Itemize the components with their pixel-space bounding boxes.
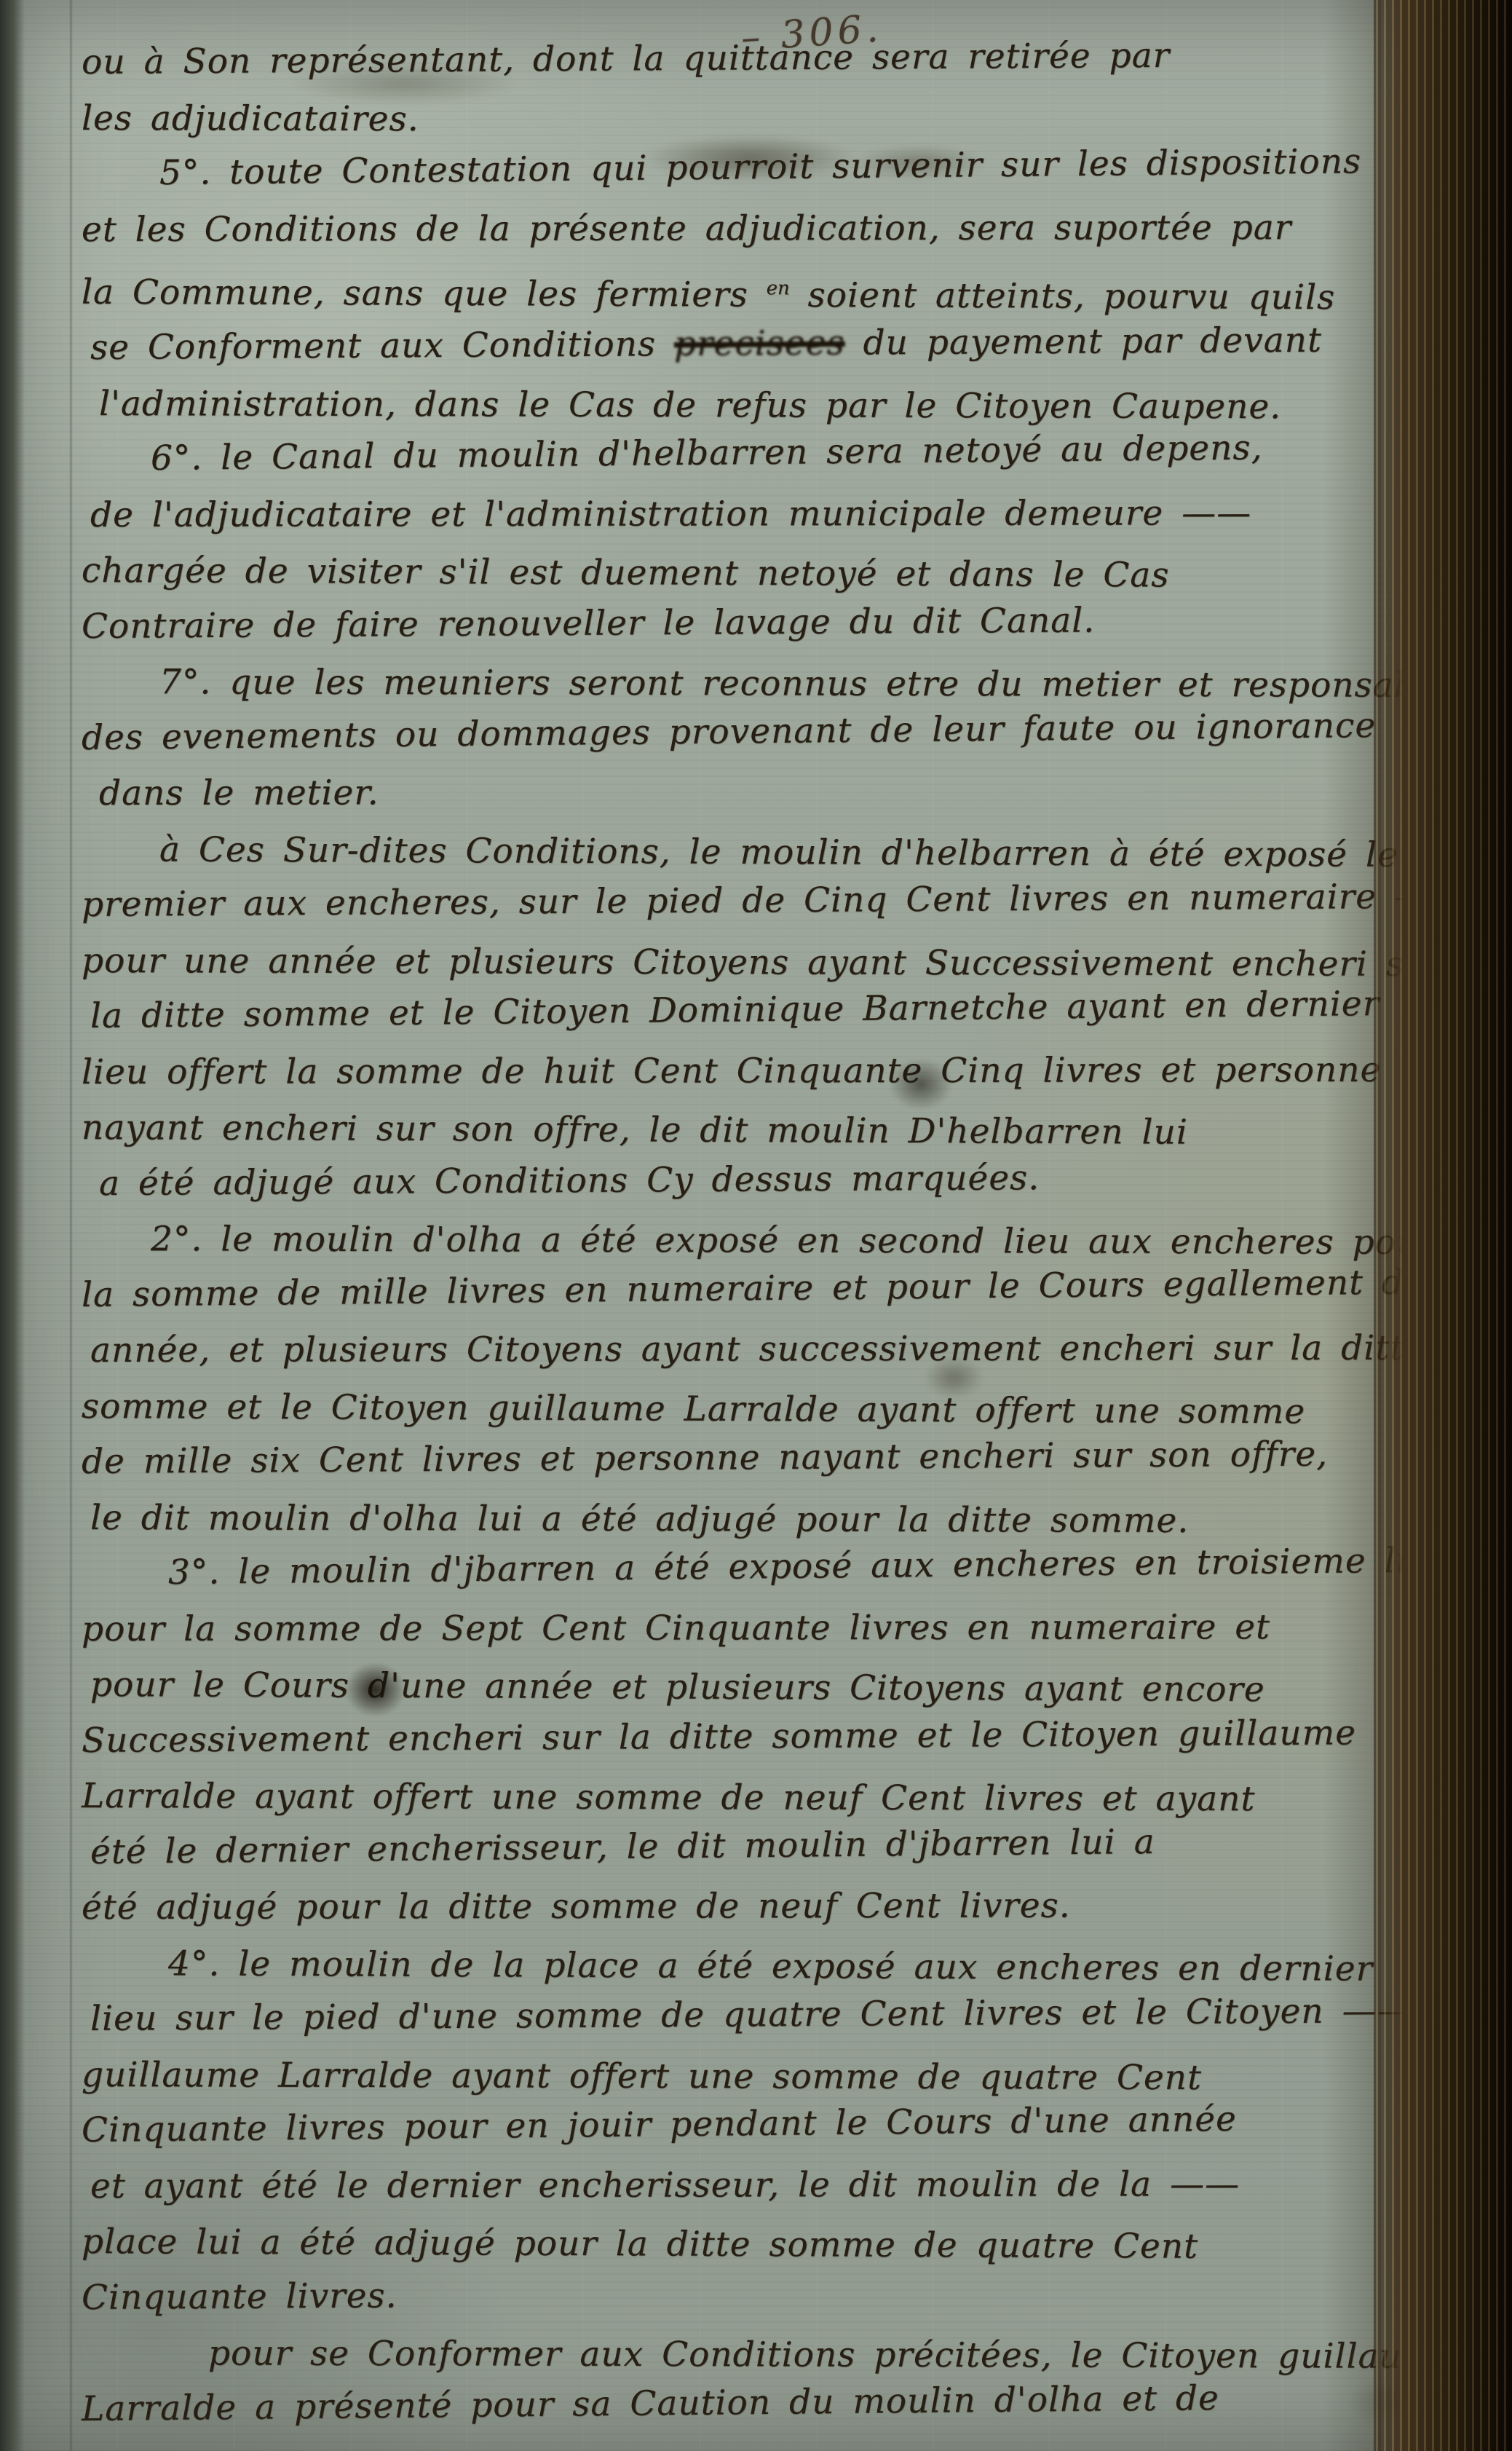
- line-text: Larralde a présenté pour sa Caution du m…: [82, 2378, 1219, 2429]
- manuscript-line: lieu sur le pied d'une somme de quatre C…: [90, 1984, 1363, 2047]
- manuscript-line: année, et plusieurs Citoyens ayant succe…: [90, 1321, 1363, 1379]
- manuscript-line: pour la somme de Sept Cent Cinquante liv…: [82, 1600, 1363, 1658]
- line-text: et les Conditions de la présente adjudic…: [82, 208, 1291, 250]
- line-text: 4°. le moulin de la place a été exposé a…: [168, 1943, 1373, 1989]
- manuscript-line: de mille six Cent livres et personne nay…: [82, 1426, 1363, 1490]
- manuscript-line: se Conforment aux Conditions precisees d…: [90, 312, 1363, 376]
- manuscript-text: ou à Son représentant, dont la quittance…: [82, 35, 1363, 2437]
- line-text: pour le Cours d'une année et plusieurs C…: [90, 1665, 1265, 1710]
- line-text: a été adjugé aux Conditions Cy dessus ma…: [99, 1158, 1040, 1204]
- line-text: les adjudicataires.: [82, 98, 419, 139]
- manuscript-line: 3°. le moulin d'jbarren a été exposé aux…: [99, 1534, 1363, 1601]
- manuscript-line: des evenements ou dommages provenant de …: [82, 698, 1363, 766]
- line-text: chargée de visiter s'il est duement neto…: [82, 550, 1170, 596]
- line-text: lieu offert la somme de huit Cent Cinqua…: [82, 1050, 1381, 1092]
- line-text: 5°. toute Contestation qui pourroit surv…: [159, 141, 1362, 193]
- line-text: Cinquante livres pour en jouir pendant l…: [82, 2099, 1237, 2150]
- page-left-edge: [0, 0, 25, 2451]
- line-text: somme et le Citoyen guillaume Larralde a…: [82, 1386, 1305, 1432]
- manuscript-line: Successivement encheri sur la ditte somm…: [82, 1705, 1363, 1769]
- line-text: des evenements ou dommages provenant de …: [82, 706, 1377, 758]
- line-text: été adjugé pour la ditte somme de neuf C…: [82, 1886, 1071, 1927]
- line-text: le dit moulin d'olha lui a été adjugé po…: [90, 1498, 1189, 1541]
- manuscript-line: été le dernier encherisseur, le dit moul…: [90, 1812, 1363, 1880]
- manuscript-line: 6°. le Canal du moulin d'helbarren sera …: [82, 419, 1363, 487]
- manuscript-line: dans le metier.: [99, 764, 1363, 822]
- manuscript-line: Contraire de faire renouveller le lavage…: [82, 591, 1363, 655]
- book-binding-edge: [1374, 0, 1512, 2451]
- line-text: 3°. le moulin d'jbarren a été exposé aux…: [168, 1540, 1452, 1592]
- line-text: Larralde ayant offert une somme de neuf …: [82, 1776, 1255, 1819]
- line-text: lieu sur le pied d'une somme de quatre C…: [90, 1991, 1412, 2039]
- manuscript-line: été adjugé pour la ditte somme de neuf C…: [82, 1878, 1363, 1936]
- struck-word: precisees: [674, 323, 845, 364]
- manuscript-line: la ditte somme et le Citoyen Dominique B…: [90, 976, 1363, 1044]
- line-text: l'administration, dans le Cas de refus p…: [99, 384, 1281, 427]
- line-text: à Ces Sur-dites Conditions, le moulin d'…: [159, 829, 1487, 875]
- line-text: soient atteints, pourvu quils: [790, 275, 1336, 317]
- margin-rule-line: [70, 0, 72, 2451]
- manuscript-line: Cinquante livres.: [82, 2262, 1363, 2326]
- manuscript-line: a été adjugé aux Conditions Cy dessus ma…: [99, 1148, 1363, 1212]
- line-text: et ayant été le dernier encherisseur, le…: [90, 2164, 1240, 2206]
- line-text: guillaume Larralde ayant offert une somm…: [82, 2055, 1202, 2098]
- manuscript-line: et les Conditions de la présente adjudic…: [82, 200, 1363, 258]
- line-text: premier aux encheres, sur le pied de Cin…: [82, 877, 1465, 925]
- manuscript-line: ou à Son représentant, dont la quittance…: [82, 27, 1363, 90]
- line-text: de mille six Cent livres et personne nay…: [82, 1434, 1328, 1482]
- manuscript-line: de l'adjudicataire et l'administration m…: [90, 486, 1363, 544]
- manuscript-line: la somme de mille livres en numeraire et…: [82, 1255, 1363, 1323]
- manuscript-line: lieu offert la somme de huit Cent Cinqua…: [82, 1043, 1363, 1101]
- line-text: du payement par devant: [844, 320, 1322, 363]
- binding-shadow: [1323, 0, 1381, 2451]
- line-text: place lui a été adjugé pour la ditte som…: [82, 2222, 1198, 2267]
- line-text: la Commune, sans que les fermiers: [82, 272, 767, 315]
- line-text: de l'adjudicataire et l'administration m…: [90, 493, 1251, 535]
- line-text: pour la somme de Sept Cent Cinquante liv…: [82, 1607, 1270, 1649]
- line-text: Contraire de faire renouveller le lavage…: [82, 600, 1095, 647]
- line-text: été le dernier encherisseur, le dit moul…: [90, 1822, 1155, 1872]
- manuscript-line: et ayant été le dernier encherisseur, le…: [90, 2157, 1363, 2215]
- line-text: 6°. le Canal du moulin d'helbarren sera …: [151, 428, 1263, 479]
- line-text: se Conforment aux Conditions: [90, 324, 674, 368]
- line-text: nayant encheri sur son offre, le dit mou…: [82, 1108, 1188, 1153]
- manuscript-line: Cinquante livres pour en jouir pendant l…: [82, 2091, 1363, 2158]
- line-text: la somme de mille livres en numeraire et…: [82, 1261, 1481, 1314]
- line-text: Cinquante livres.: [82, 2276, 397, 2318]
- line-text: Successivement encheri sur la ditte somm…: [82, 1713, 1356, 1761]
- manuscript-line: 5°. toute Contestation qui pourroit surv…: [90, 134, 1363, 202]
- manuscript-page: – 306. ou à Son représentant, dont la qu…: [0, 0, 1512, 2451]
- manuscript-line: Larralde a présenté pour sa Caution du m…: [82, 2369, 1363, 2437]
- line-text: la ditte somme et le Citoyen Dominique B…: [90, 984, 1380, 1036]
- line-text: année, et plusieurs Citoyens ayant succe…: [90, 1328, 1425, 1370]
- manuscript-line: premier aux encheres, sur le pied de Cin…: [82, 869, 1363, 933]
- line-text: en: [767, 277, 790, 299]
- line-text: ou à Son représentant, dont la quittance…: [82, 36, 1170, 82]
- line-text: dans le metier.: [99, 773, 379, 813]
